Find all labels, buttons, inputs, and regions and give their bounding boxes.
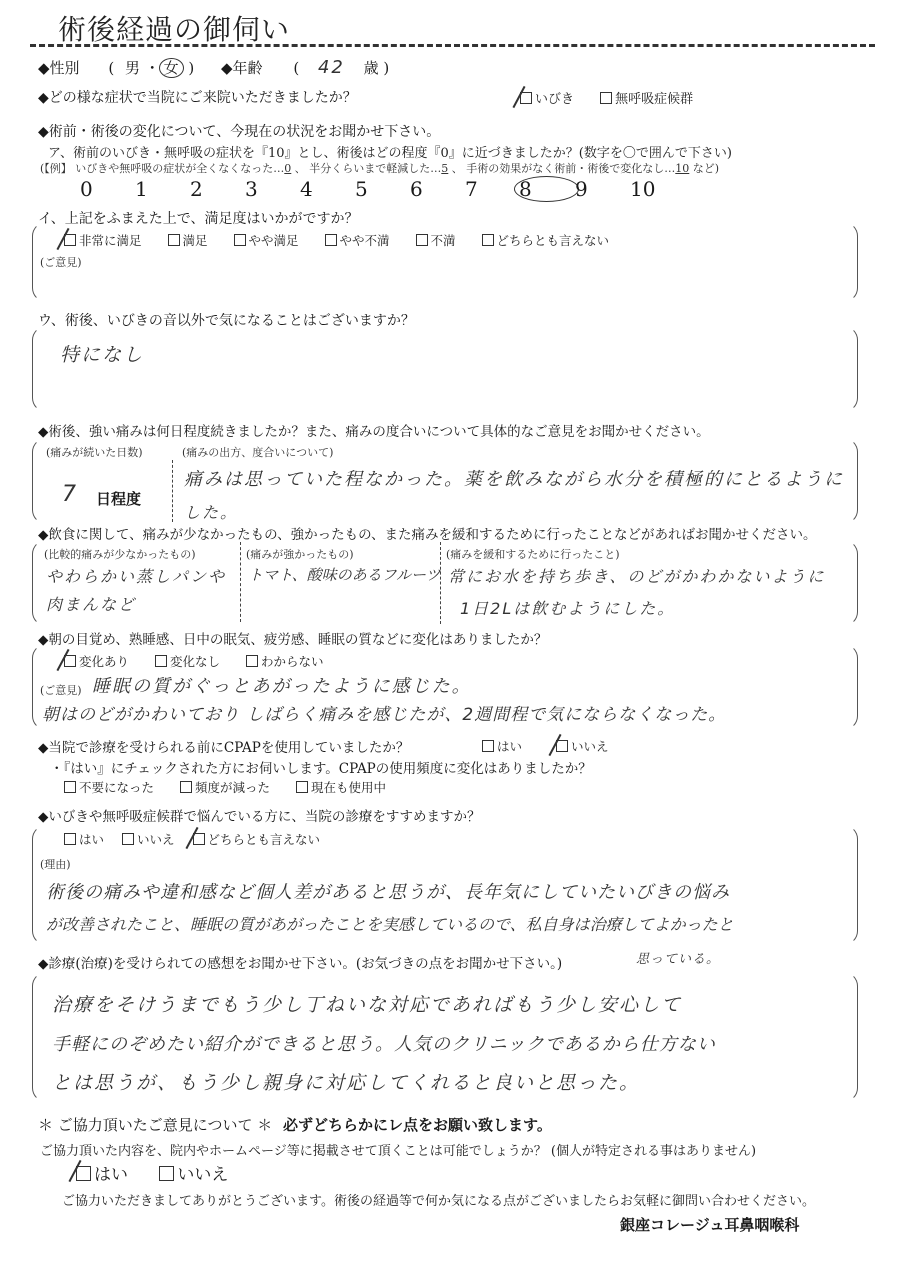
sleep-options: 変化あり 変化なし わからない xyxy=(64,652,346,670)
recommend-question: ◆いびきや無呼吸症候群で悩んでいる方に、当院の診療をすすめますか？ xyxy=(38,805,481,825)
satisfaction-option[interactable]: やや不満 xyxy=(325,231,390,249)
age-value[interactable]: 42 xyxy=(318,57,345,78)
scale-option[interactable]: 5 xyxy=(355,177,410,201)
scale-option[interactable]: 9 xyxy=(575,177,630,201)
pain-question: ◆術後、強い痛みは何日程度続きましたか？また、痛みの度合いについて具体的なご意見… xyxy=(38,420,710,440)
pain-days-label: (痛みが続いた日数) xyxy=(46,444,143,460)
clinic-name: 銀座コレージュ耳鼻咽喉科 xyxy=(620,1214,799,1235)
cpap-followup-option[interactable]: 不要になった xyxy=(64,778,154,796)
sleep-comment-line2[interactable]: 朝はのどがかわいており しばらく痛みを感じたが、2週間程で気にならなくなった。 xyxy=(42,700,726,725)
checkbox-icon xyxy=(155,655,167,667)
pain-detail-line1[interactable]: 痛みは思っていた程なかった。薬を飲みながら水分を積極的にとるように xyxy=(184,465,844,491)
consent-question: ご協力頂いた内容を、院内やホームページ等に掲載させて頂くことは可能でしょうか？ … xyxy=(40,1140,756,1159)
recommend-reason-line3[interactable]: 思っている。 xyxy=(636,948,720,967)
checkbox-checked-icon xyxy=(520,92,532,104)
checkbox-icon xyxy=(482,740,494,752)
consent-option-yes[interactable]: はい xyxy=(76,1160,128,1185)
checkbox-checked-icon xyxy=(556,740,568,752)
scale-option[interactable]: 1 xyxy=(135,177,190,201)
diet-divider-1 xyxy=(240,542,241,622)
sleep-comment-label: (ご意見) xyxy=(40,682,82,698)
scale-option[interactable]: 6 xyxy=(410,177,465,201)
satisfaction-option[interactable]: 非常に満足 xyxy=(64,231,142,249)
satisfaction-option[interactable]: どちらとも言えない xyxy=(482,231,610,249)
gender-option-female[interactable]: 女 xyxy=(159,58,184,78)
change-sub-a: ア、術前のいびき・無呼吸の症状を『10』とし、術後はどの程度『0』に近づきました… xyxy=(48,142,732,161)
other-concerns-answer[interactable]: 特になし xyxy=(60,340,144,367)
checkbox-icon xyxy=(416,234,428,246)
sleep-option[interactable]: 変化あり xyxy=(64,652,129,670)
cpap-followup-options: 不要になった 頻度が減った 現在も使用中 xyxy=(64,778,408,796)
pain-detail-label: (痛みの出方、度合いについて) xyxy=(182,444,333,460)
diet-relief-line2[interactable]: 1日2Lは飲むようにした。 xyxy=(460,596,675,619)
impressions-line2[interactable]: 手軽にのぞめたい紹介ができると思う。人気のクリニックであるから仕方ない xyxy=(52,1030,716,1056)
checkbox-icon xyxy=(64,781,76,793)
profile-row: ◆性別 ( 男 ・ 女 ) ◆年齢 ( 42 歳 ) xyxy=(38,57,389,78)
cpap-option-no[interactable]: いいえ xyxy=(556,737,609,755)
scale-option[interactable]: 7 xyxy=(465,177,520,201)
checkbox-checked-icon xyxy=(76,1166,91,1181)
cpap-question: ◆当院で診療を受けられる前にCPAPを使用していましたか？ xyxy=(38,736,409,756)
consent-heading-right: 必ずどちらかにレ点をお願い致します。 xyxy=(283,1116,552,1134)
impressions-line1[interactable]: 治療をそけうまでもう少し丁ねいな対応であればもう少し安心して xyxy=(52,990,682,1017)
diet-less-label: (比較的痛みが少なかったもの) xyxy=(44,546,196,562)
symptom-option-apnea[interactable]: 無呼吸症候群 xyxy=(600,88,693,107)
scale-option[interactable]: 3 xyxy=(245,177,300,201)
symptom-options: いびき 無呼吸症候群 xyxy=(520,88,715,107)
pain-days-unit: 日程度 xyxy=(96,488,141,509)
satisfaction-option[interactable]: やや満足 xyxy=(234,231,299,249)
consent-option-no[interactable]: いいえ xyxy=(159,1160,228,1185)
checkbox-icon xyxy=(600,92,612,104)
checkbox-icon xyxy=(122,833,134,845)
cpap-followup-option[interactable]: 頻度が減った xyxy=(180,778,270,796)
diet-less-line2[interactable]: 肉まんなど xyxy=(46,592,136,615)
impressions-line3[interactable]: とは思うが、もう少し親身に対応してくれると良いと思った。 xyxy=(52,1068,640,1095)
checkbox-checked-icon xyxy=(64,234,76,246)
recommend-option[interactable]: はい xyxy=(64,830,104,848)
impressions-question: ◆診療(治療)を受けられての感想をお聞かせ下さい。(お気づきの点をお聞かせ下さい… xyxy=(38,952,562,972)
diet-less-line1[interactable]: やわらかい蒸しパンや xyxy=(46,564,226,587)
pain-detail-line2[interactable]: した。 xyxy=(184,500,238,523)
cpap-option-yes[interactable]: はい xyxy=(482,737,522,755)
symptom-option-snoring[interactable]: いびき xyxy=(520,88,574,107)
title-divider xyxy=(30,44,875,47)
recommend-option[interactable]: どちらとも言えない xyxy=(193,830,321,848)
symptom-question: ◆どの様な症状で当院にご来院いただきましたか？ xyxy=(38,87,357,107)
gender-label: ◆性別 xyxy=(38,59,80,77)
pain-days-value[interactable]: 7 xyxy=(62,482,78,507)
sleep-comment-line1[interactable]: 睡眠の質がぐっとあがったように感じた。 xyxy=(92,672,472,698)
checkbox-checked-icon xyxy=(193,833,205,845)
checkbox-icon xyxy=(482,234,494,246)
checkbox-icon xyxy=(159,1166,174,1181)
change-question: ◆術前・術後の変化について、今現在の状況をお聞かせ下さい。 xyxy=(38,121,440,141)
gender-option-male[interactable]: 男 xyxy=(125,59,140,77)
checkbox-checked-icon xyxy=(64,655,76,667)
cpap-options: はい いいえ xyxy=(482,737,631,755)
consent-thanks: ご協力いただきましてありがとうございます。術後の経過等で何か気になる点がございま… xyxy=(62,1190,815,1209)
scale-option[interactable]: 10 xyxy=(630,177,685,201)
checkbox-icon xyxy=(325,234,337,246)
checkbox-icon xyxy=(246,655,258,667)
diet-divider-2 xyxy=(440,542,441,624)
page-title: 術後経過の御伺い xyxy=(58,8,290,48)
cpap-followup-option[interactable]: 現在も使用中 xyxy=(296,778,386,796)
sleep-option[interactable]: わからない xyxy=(246,652,324,670)
satisfaction-comment-label: (ご意見) xyxy=(40,254,82,270)
recommend-reason-label: (理由) xyxy=(40,856,71,872)
scale-option-selected[interactable]: 8 xyxy=(520,176,575,202)
change-scale: 012345678910 xyxy=(80,176,685,202)
scale-option[interactable]: 4 xyxy=(300,177,355,201)
checkbox-icon xyxy=(168,234,180,246)
checkbox-icon xyxy=(180,781,192,793)
satisfaction-option[interactable]: 不満 xyxy=(416,231,456,249)
other-concerns-box xyxy=(32,326,858,412)
change-example: (【例】 いびきや無呼吸の症状が全くなくなった…0 、 半分くらいまで軽減した…… xyxy=(40,160,719,176)
checkbox-icon xyxy=(64,833,76,845)
pain-divider xyxy=(172,460,173,522)
diet-strong-label: (痛みが強かったもの) xyxy=(246,546,354,562)
checkbox-icon xyxy=(234,234,246,246)
recommend-option[interactable]: いいえ xyxy=(122,830,175,848)
scale-option[interactable]: 0 xyxy=(80,177,135,201)
diet-relief-line1[interactable]: 常にお水を持ち歩き、のどがかわかないように xyxy=(448,564,825,587)
recommend-options: はい いいえ どちらとも言えない xyxy=(64,830,342,848)
recommend-reason-line2[interactable]: が改善されたこと、睡眠の質があがったことを実感しているので、私自身は治療してよか… xyxy=(46,912,734,935)
diet-relief-label: (痛みを緩和するために行ったこと) xyxy=(446,546,620,562)
diet-strong-value[interactable]: トマト、酸味のあるフルーツ xyxy=(248,564,440,585)
sleep-option[interactable]: 変化なし xyxy=(155,652,220,670)
cpap-followup: ・『はい』にチェックされた方にお伺いします。CPAPの使用頻度に変化はありました… xyxy=(50,757,592,777)
age-label: ◆年齢 xyxy=(221,59,263,77)
scale-option[interactable]: 2 xyxy=(190,177,245,201)
recommend-reason-line1[interactable]: 術後の痛みや違和感など個人差があると思うが、長年気にしていたいびきの悩み xyxy=(46,878,730,904)
consent-heading: ＊ ご協力頂いたご意見について ＊ 必ずどちらかにレ点をお願い致します。 xyxy=(38,1114,552,1135)
satisfaction-options: 非常に満足 満足 やや満足 やや不満 不満 どちらとも言えない xyxy=(64,231,631,249)
consent-options: はい いいえ xyxy=(76,1160,250,1185)
consent-heading-left: ＊ ご協力頂いたご意見について ＊ xyxy=(38,1116,272,1134)
checkbox-icon xyxy=(296,781,308,793)
satisfaction-option[interactable]: 満足 xyxy=(168,231,208,249)
